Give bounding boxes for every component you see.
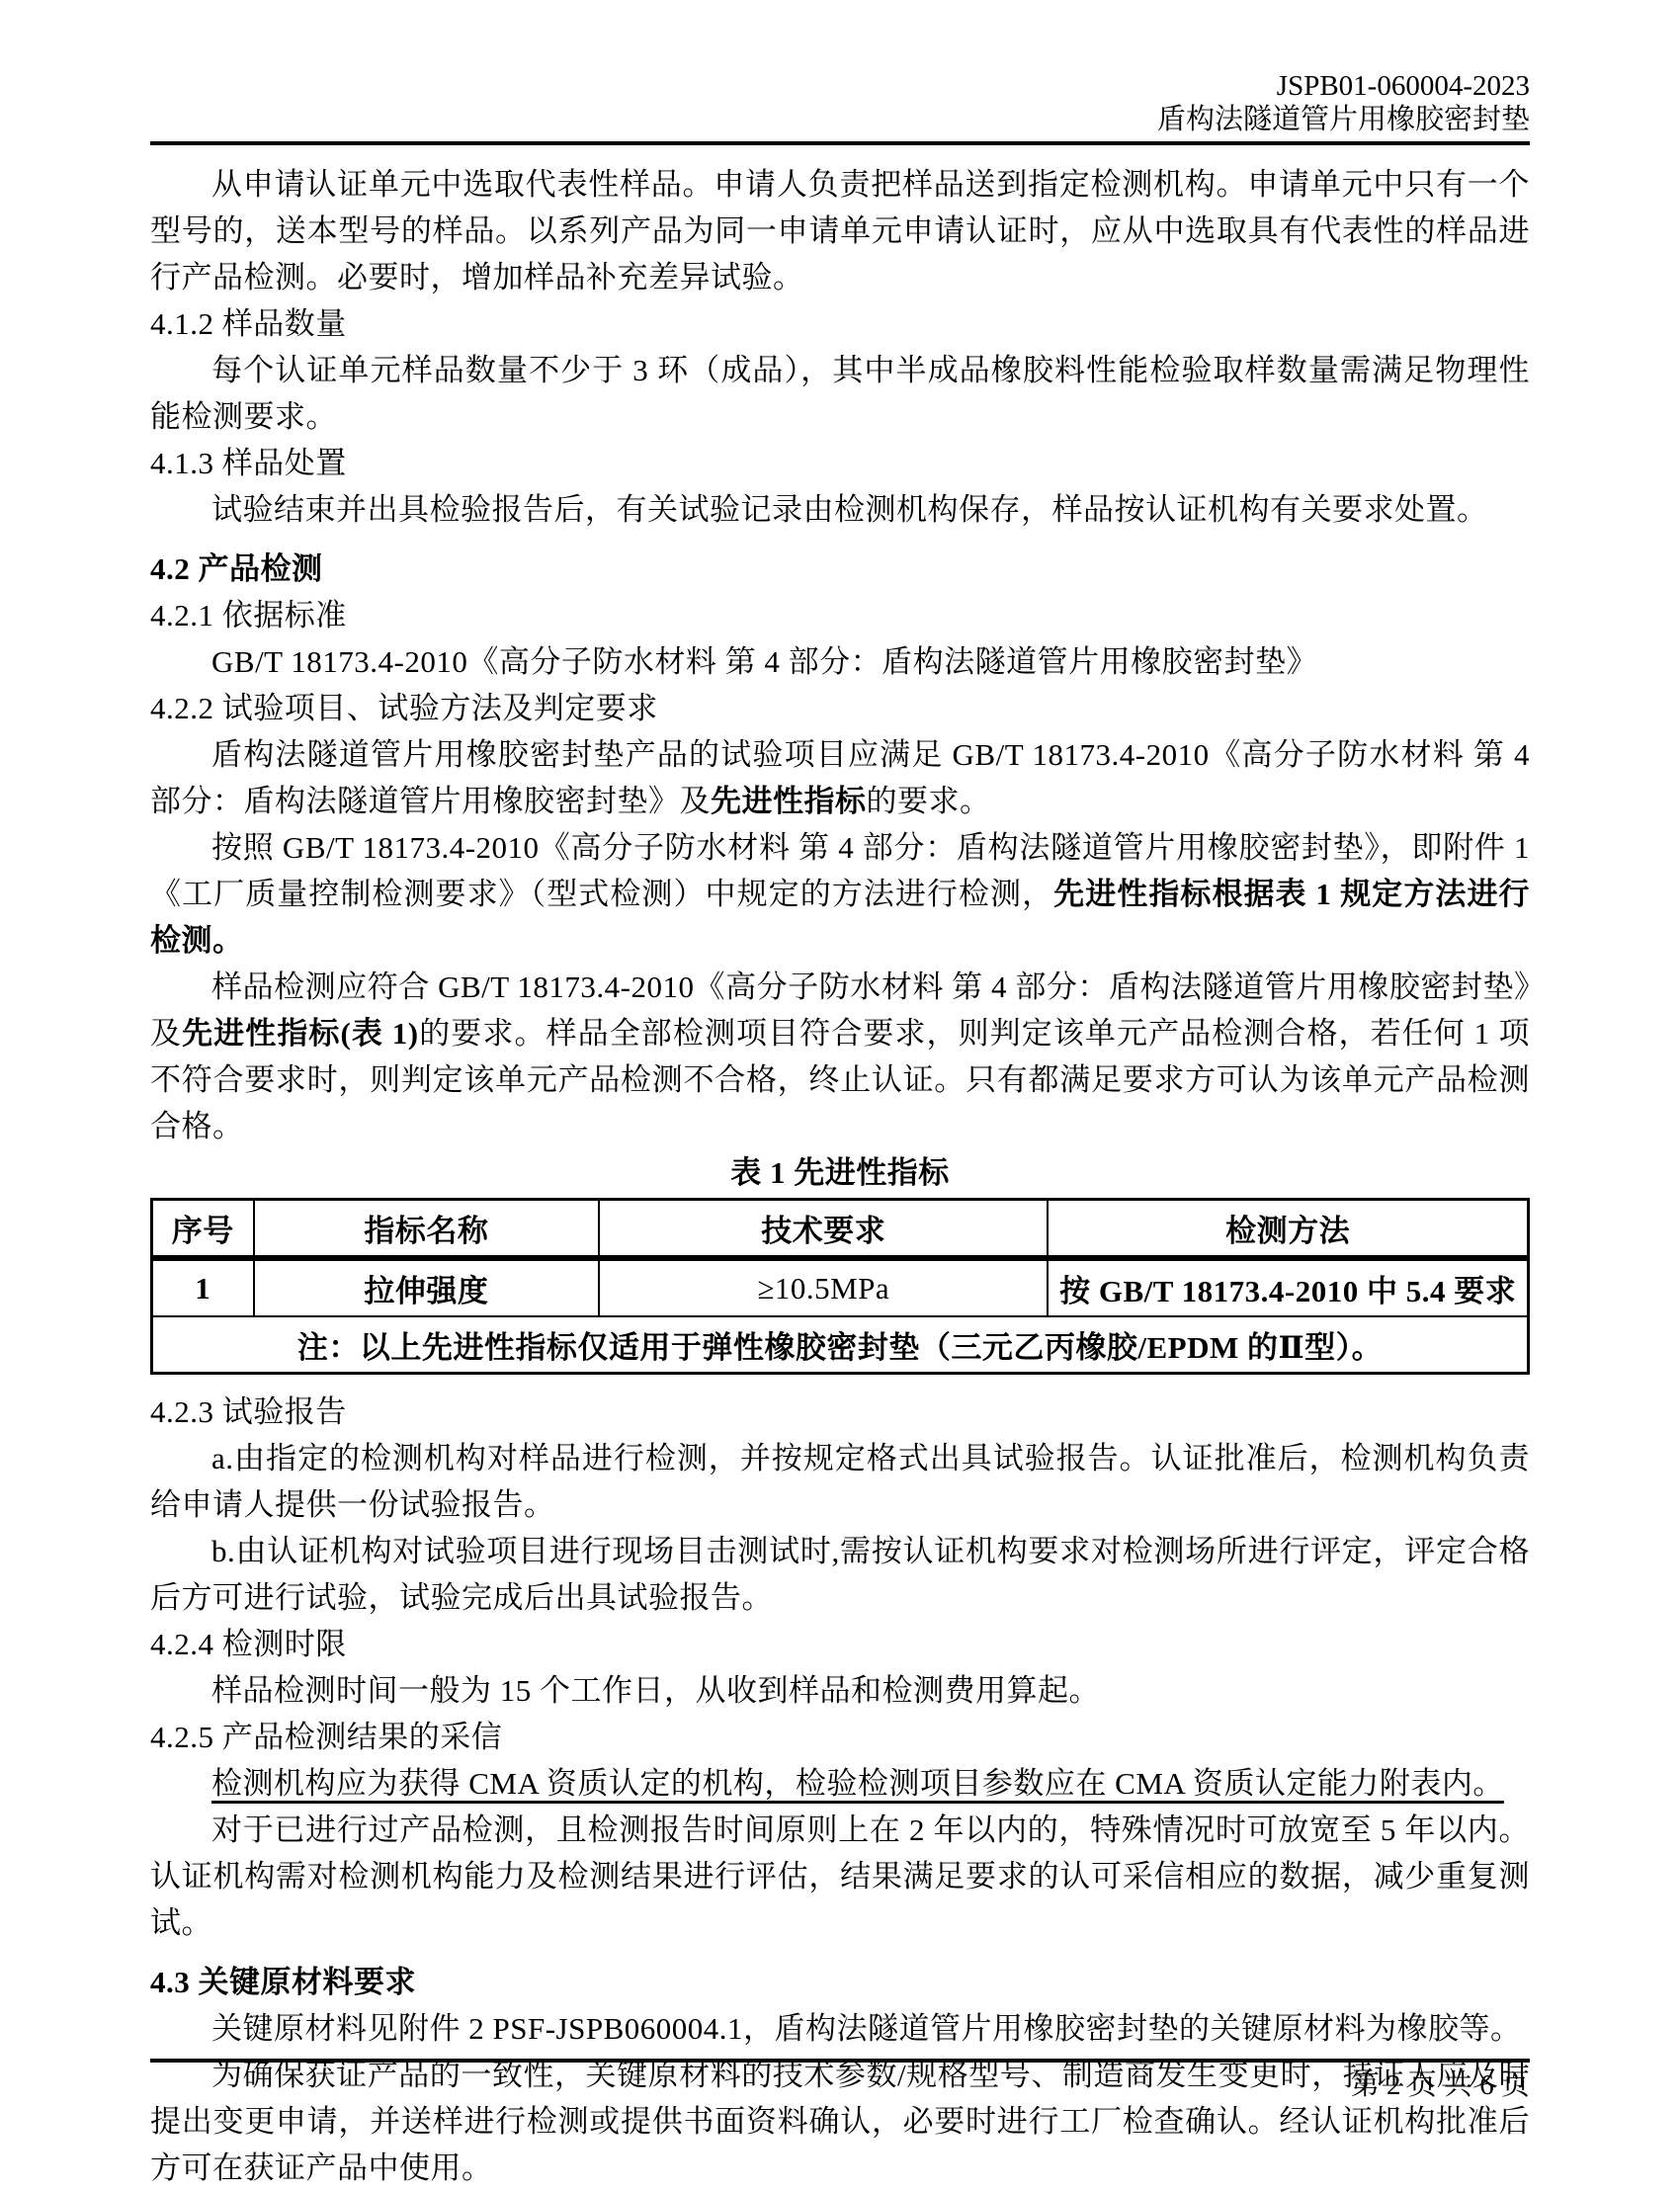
document-body: 从申请认证单元中选取代表性样品。申请人负责把样品送到指定检测机构。申请单元中只有… bbox=[150, 161, 1530, 2191]
document-paragraph: 样品检测时间一般为 15 个工作日，从收到样品和检测费用算起。 bbox=[150, 1667, 1530, 1714]
table-caption: 表 1 先进性指标 bbox=[150, 1149, 1530, 1196]
text-run: 关键原材料见附件 2 PSF-JSPB060004.1，盾构法隧道管片用橡胶密封… bbox=[211, 2011, 1522, 2046]
page-footer: 第 2 页 共 6 页 bbox=[150, 2059, 1530, 2102]
column-header-test-method: 检测方法 bbox=[1048, 1200, 1528, 1259]
document-paragraph: b.由认证机构对试验项目进行现场目击测试时,需按认证机构要求对检测场所进行评定，… bbox=[150, 1528, 1530, 1621]
text-run: 4.3 关键原材料要求 bbox=[150, 1965, 416, 1999]
document-page: JSPB01-060004-2023 盾构法隧道管片用橡胶密封垫 从申请认证单元… bbox=[150, 0, 1530, 2191]
cell-test-method: 按 GB/T 18173.4-2010 中 5.4 要求 bbox=[1048, 1258, 1528, 1316]
text-run: 先进性指标 bbox=[711, 784, 867, 818]
document-paragraph: a.由指定的检测机构对样品进行检测，并按规定格式出具试验报告。认证批准后，检测机… bbox=[150, 1435, 1530, 1528]
text-run: 的要求。 bbox=[867, 784, 991, 818]
cell-seq: 1 bbox=[152, 1258, 254, 1316]
text-run: 4.2.5 产品检测结果的采信 bbox=[150, 1720, 502, 1754]
text-run: 每个认证单元样品数量不少于 3 环（成品），其中半成品橡胶料性能检验取样数量需满… bbox=[150, 353, 1530, 434]
section-heading: 4.2.2 试验项目、试验方法及判定要求 bbox=[150, 685, 1530, 731]
document-paragraph: 从申请认证单元中选取代表性样品。申请人负责把样品送到指定检测机构。申请单元中只有… bbox=[150, 161, 1530, 300]
text-run: 对于已进行过产品检测，且检测报告时间原则上在 2 年以内的，特殊情况时可放宽至 … bbox=[150, 1812, 1530, 1940]
text-run: 4.2.2 试验项目、试验方法及判定要求 bbox=[150, 691, 658, 725]
text-run: 4.2 产品检测 bbox=[150, 551, 323, 586]
section-heading: 4.2.5 产品检测结果的采信 bbox=[150, 1714, 1530, 1760]
header-rule bbox=[150, 141, 1530, 145]
page-number: 第 2 页 共 6 页 bbox=[150, 2063, 1530, 2102]
section-heading: 4.2 产品检测 bbox=[150, 546, 1530, 592]
document-paragraph: 按照 GB/T 18173.4-2010《高分子防水材料 第 4 部分：盾构法隧… bbox=[150, 824, 1530, 964]
text-run: b.由认证机构对试验项目进行现场目击测试时,需按认证机构要求对检测场所进行评定，… bbox=[150, 1534, 1530, 1615]
text-run: 先进性指标(表 1) bbox=[182, 1016, 419, 1051]
section-heading: 4.2.4 检测时限 bbox=[150, 1621, 1530, 1667]
text-run: 4.2.3 试验报告 bbox=[150, 1394, 347, 1429]
document-title: 盾构法隧道管片用橡胶密封垫 bbox=[150, 103, 1530, 136]
text-run: 4.2.1 依据标准 bbox=[150, 598, 347, 632]
table-row: 1 拉伸强度 ≥10.5MPa 按 GB/T 18173.4-2010 中 5.… bbox=[152, 1258, 1529, 1316]
document-code: JSPB01-060004-2023 bbox=[150, 69, 1530, 103]
document-paragraph: 盾构法隧道管片用橡胶密封垫产品的试验项目应满足 GB/T 18173.4-201… bbox=[150, 731, 1530, 824]
text-run: 检测机构应为获得 CMA 资质认定的机构，检验检测项目参数应在 CMA 资质认定… bbox=[211, 1766, 1504, 1801]
table-note-row: 注：以上先进性指标仅适用于弹性橡胶密封垫（三元乙丙橡胶/EPDM 的Ⅱ型）。 bbox=[152, 1316, 1529, 1374]
section-heading: 4.3 关键原材料要求 bbox=[150, 1959, 1530, 2005]
column-header-tech-requirement: 技术要求 bbox=[599, 1200, 1048, 1259]
text-run: a.由指定的检测机构对样品进行检测，并按规定格式出具试验报告。认证批准后，检测机… bbox=[150, 1441, 1530, 1522]
section-heading: 4.2.3 试验报告 bbox=[150, 1389, 1530, 1435]
document-paragraph: 每个认证单元样品数量不少于 3 环（成品），其中半成品橡胶料性能检验取样数量需满… bbox=[150, 347, 1530, 440]
column-header-indicator-name: 指标名称 bbox=[254, 1200, 600, 1259]
text-run: 试验结束并出具检验报告后，有关试验记录由检测机构保存，样品按认证机构有关要求处置… bbox=[211, 492, 1488, 527]
column-header-seq: 序号 bbox=[152, 1200, 254, 1259]
text-run: GB/T 18173.4-2010《高分子防水材料 第 4 部分：盾构法隧道管片… bbox=[211, 644, 1317, 679]
text-run: 4.1.2 样品数量 bbox=[150, 306, 347, 341]
document-paragraph: 样品检测应符合 GB/T 18173.4-2010《高分子防水材料 第 4 部分… bbox=[150, 964, 1530, 1149]
document-paragraph: 关键原材料见附件 2 PSF-JSPB060004.1，盾构法隧道管片用橡胶密封… bbox=[150, 2005, 1530, 2052]
table-note: 注：以上先进性指标仅适用于弹性橡胶密封垫（三元乙丙橡胶/EPDM 的Ⅱ型）。 bbox=[152, 1316, 1529, 1374]
document-body-top: 从申请认证单元中选取代表性样品。申请人负责把样品送到指定检测机构。申请单元中只有… bbox=[150, 161, 1530, 1149]
document-paragraph: 检测机构应为获得 CMA 资质认定的机构，检验检测项目参数应在 CMA 资质认定… bbox=[150, 1760, 1530, 1807]
section-heading: 4.1.3 样品处置 bbox=[150, 440, 1530, 486]
text-run: 样品检测时间一般为 15 个工作日，从收到样品和检测费用算起。 bbox=[211, 1673, 1100, 1708]
cell-tech-requirement: ≥10.5MPa bbox=[599, 1258, 1048, 1316]
text-run: 4.1.3 样品处置 bbox=[150, 446, 347, 480]
advancement-indicators-table: 序号 指标名称 技术要求 检测方法 1 拉伸强度 ≥10.5MPa 按 GB/T… bbox=[150, 1198, 1530, 1375]
table-header-row: 序号 指标名称 技术要求 检测方法 bbox=[152, 1200, 1529, 1259]
text-run: 从申请认证单元中选取代表性样品。申请人负责把样品送到指定检测机构。申请单元中只有… bbox=[150, 167, 1530, 295]
section-heading: 4.1.2 样品数量 bbox=[150, 300, 1530, 347]
cell-indicator-name: 拉伸强度 bbox=[254, 1258, 600, 1316]
document-paragraph: GB/T 18173.4-2010《高分子防水材料 第 4 部分：盾构法隧道管片… bbox=[150, 638, 1530, 685]
document-paragraph: 对于已进行过产品检测，且检测报告时间原则上在 2 年以内的，特殊情况时可放宽至 … bbox=[150, 1807, 1530, 1946]
page-header: JSPB01-060004-2023 盾构法隧道管片用橡胶密封垫 bbox=[150, 0, 1530, 145]
text-run: 4.2.4 检测时限 bbox=[150, 1627, 347, 1661]
section-heading: 4.2.1 依据标准 bbox=[150, 592, 1530, 638]
document-paragraph: 试验结束并出具检验报告后，有关试验记录由检测机构保存，样品按认证机构有关要求处置… bbox=[150, 486, 1530, 533]
